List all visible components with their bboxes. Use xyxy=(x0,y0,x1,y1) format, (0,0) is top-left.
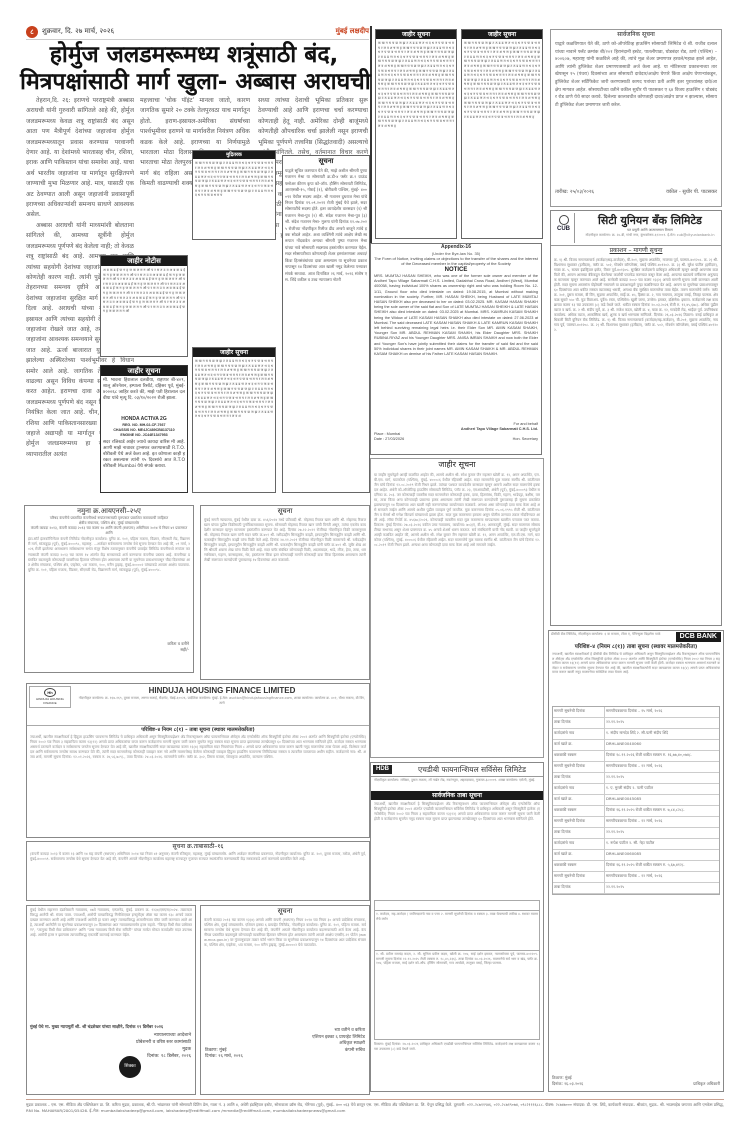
issue-date: शुक्रवार, दि. २७ मार्च, २०२६ xyxy=(42,27,114,36)
signatory: वकील - सुधीर पी. पाटसकर xyxy=(666,189,717,195)
notice-body: या जाहीर सूचनेद्वारे आम्ही कळवित आहोत की… xyxy=(371,471,543,753)
hinduja-housing-notice: Hh HINDUJA HOUSING FINANCE HINDUJA HOUSI… xyxy=(26,683,370,838)
hinduja-header: Hh HINDUJA HOUSING FINANCE HINDUJA HOUSI… xyxy=(27,684,369,726)
notice-body: (कंपनी कायदा २०१३ चे कलम १३ आणि १४ सह कं… xyxy=(27,851,369,899)
table-row: ताबा दिनांक२२.११.२०२५ xyxy=(553,718,719,729)
headline-line-2: मित्रपक्षांसाठी मार्ग खुला- अब्बास अराघच… xyxy=(20,69,368,96)
table-row: थकबाकी रक्कमदिनांक १६.११.२०२५ रोजी थकीत … xyxy=(553,806,719,817)
mca-footer: च्या वतीने व करिता एशियन इक्का ६ प्रायव्… xyxy=(201,1028,369,1048)
appendix-16-notice: Appendix-16 (Under the Bye-law No. 35) T… xyxy=(370,243,542,455)
suchana-title: सूचना xyxy=(283,156,369,166)
notice-body: क ख ग घ च छ ज झ ट ठ ड ढ ण त थ द ध न प फ … xyxy=(193,159,275,239)
cub-name: सिटी युनियन बँक लिमिटेड xyxy=(581,213,719,228)
table-cell-value: दिनांक १८.११.२०२६ रोजी थकीत रक्कम रु. १६… xyxy=(605,751,719,761)
table-cell-value: १. संदीप नामदेव शिंदे २. सौ.पत्नी संदीप … xyxy=(605,729,719,739)
cub-emblem-icon xyxy=(559,215,569,225)
vehicle-details: HONDA ACTIVA 2G REG. NO. MH-02-CF-7937 C… xyxy=(101,416,187,438)
table-cell-label: कर्ज खाते क्र. xyxy=(553,795,605,805)
hdb-table: १. कर्जदार, सह-कर्जदार / जामिनदारांचे ना… xyxy=(374,900,540,1040)
jahir-suchana-title: जाहीर सूचना xyxy=(462,30,542,39)
headline-line-1: होर्मुज जलडमरूमध्य शत्रूंसाठी बंद, xyxy=(20,42,368,69)
dcb-body: ज्याअर्थी, खालील स्वाक्षरीकर्ता हे डीसीब… xyxy=(549,651,723,706)
table-cell-value: दिनांक १६.११.२०२५ रोजी थकीत रक्कम रु. ७,… xyxy=(605,806,719,816)
table-cell-label: थकबाकी रक्कम xyxy=(553,806,605,816)
notice-body: क ख ग घ च छ ज झ ट ठ ड ढ ण त थ द ध न प फ … xyxy=(462,39,542,239)
hinduja-body: ज्याअर्थी, खालील स्वाक्षरीकर्ता हे हिंदु… xyxy=(27,734,369,834)
table-cell-label: कर्जदारांचे नाव xyxy=(553,729,605,739)
table-row: १. श्री. प्रवीण रामचंद्र कदम, २. सौ. सुन… xyxy=(375,951,539,1039)
notice-body: क ख ग घ च छ ज झ ट ठ ड ढ ण त थ द ध न प फ … xyxy=(193,357,275,491)
notice-body: मुंबई नागरी न्यायालय, मुंबई येथील दावा क… xyxy=(201,516,369,674)
table-cell-label: मागणी सूचनेची दिनांक xyxy=(553,872,605,882)
table-cell-value: DRHLANE0040060 xyxy=(605,740,719,750)
table-cell-label: कर्ज खाते क्र. xyxy=(553,740,605,750)
notice-body: याद्वारे कळविण्यात येते की, ठाणे को-ऑपरे… xyxy=(551,39,721,189)
suchana-center-notice: सूचना मुंबई नागरी न्यायालय, मुंबई येथील … xyxy=(200,505,370,680)
table-cell-value: मागणीपत्रकाचा दिनांक – १२ मार्च, २०२६ xyxy=(605,762,719,772)
suchana-tabya-notice: सूचना क्र.ताबासाठी–१६ (कंपनी कायदा २०१३ … xyxy=(26,841,370,901)
jahir-suchana-title: जाहीर सूचना xyxy=(193,348,275,357)
page-number-badge: ८ xyxy=(26,26,38,38)
namuna-body: इंटा-सॉर्ट इंटरकॉन्टिनेंटल कंपनी लिमिटेड… xyxy=(25,536,193,641)
cub-logo: CUB xyxy=(553,213,575,243)
headline: होर्मुज जलडमरूमध्य शत्रूंसाठी बंद, मित्र… xyxy=(20,42,368,96)
namuna-inc25a-notice: नमुना क्र.आयएनसी–२५ए परिषद कंपनीचे प्रस्… xyxy=(24,505,194,673)
hdb-financial-notice: HDB एचडीबी फायनान्शियल सर्विसेस लिमिटेड … xyxy=(370,762,544,1092)
cub-section-title: प्रकाशन – मागणी सूचना xyxy=(551,246,721,256)
jahir-suchana-title: जाहीर सूचना xyxy=(101,366,187,376)
table-row: मागणी सूचनेची दिनांकमागणीपत्रकाचा दिनांक… xyxy=(553,762,719,773)
jahir-suchana-col3-box: जाहीर सूचना क ख ग घ च छ ज झ ट ठ ड ढ ण त … xyxy=(192,347,276,493)
dcb-header: डीसीबी बँक लिमिटेड, नोंदणीकृत कार्यालय: … xyxy=(549,631,723,643)
table-cell-value: २२.११.२०२५ xyxy=(605,773,719,783)
table-row: मागणी सूचनेची दिनांकमागणीपत्रकाचा दिनांक… xyxy=(553,817,719,828)
table-cell-label: कर्जदारांचे नाव xyxy=(553,839,605,849)
hdb-logo: HDB xyxy=(373,765,392,774)
jahir-suchana-wide: जाहीर सूचना या जाहीर सूचनेद्वारे आम्ही क… xyxy=(370,458,544,758)
warrant-body: मुंबई येथील महानगर दंडाधिकारी न्यायालय, … xyxy=(27,906,195,1024)
dcb-table: मागणी सूचनेची दिनांकमागणीपत्रकाचा दिनांक… xyxy=(552,706,720,895)
court-seal-icon: शिक्का xyxy=(119,1056,141,1078)
table-row: कर्ज खाते क्र.DRHLANE0045085 xyxy=(553,795,719,806)
cub-address: नोंदणीकृत कार्यालय: क्र. २४-बी, गांधी नग… xyxy=(581,233,719,243)
table-cell-value: मागणीपत्रकाचा दिनांक – १५ मार्च, २०२६ xyxy=(605,707,719,717)
table-cell-value: DRHLANE0045085 xyxy=(605,795,719,805)
hinduja-address: नोंदणीकृत कार्यालय: क्र. १६७-१६९, दुसरा … xyxy=(77,696,367,724)
notice-body: मी. भावना हिरालाल दलवीया, राहणार बी-४०९,… xyxy=(101,376,187,416)
dcb-logo: DCB BANK xyxy=(676,632,721,642)
notice-heading: NOTICE xyxy=(371,266,541,274)
jahir-suchana-top-b: जाहीर सूचना क ख ग घ च छ ज झ ट ठ ड ढ ण त … xyxy=(461,29,543,239)
dcb-bank-notice: डीसीबी बँक लिमिटेड, नोंदणीकृत कार्यालय: … xyxy=(548,630,724,1092)
table-row: ताबा दिनांक२२.११.२०२५ xyxy=(553,883,719,894)
notice-body: अ ब क ड ई फ ग ह ज क ल म न ओ प र स त उ व … xyxy=(101,266,187,356)
hdb-header: HDB एचडीबी फायनान्शियल सर्विसेस लिमिटेड xyxy=(371,763,543,777)
hinduja-logo: Hh HINDUJA HOUSING FINANCE xyxy=(29,686,71,708)
warrant-footer: न्यायालयाच्या आदेशाने प्रोबेशनरी व वरिष्… xyxy=(27,1030,195,1062)
table-row: कर्ज खाते क्र.DRHLANE0060085 xyxy=(553,850,719,861)
notice-body: कंपनी कायदा २०१३ च्या कलम १३(४) अन्वये आ… xyxy=(201,916,369,1028)
table-cell-value: २२.११.२०२५ xyxy=(605,883,719,893)
table-cell-value: मागणीपत्रकाचा दिनांक – १२ मार्च, २०२६ xyxy=(605,872,719,882)
dcb-footer: ठिकाण: मुंबई दिनांक: २६.०३.२०२६ प्राधिकृ… xyxy=(549,1073,723,1089)
table-row: थकबाकी रक्कमदिनांक १८.११.२०२६ रोजी थकीत … xyxy=(553,751,719,762)
hinduja-subtitle: परिशिष्ट–४ नियम ८(१) – ताबा सूचना (स्थाव… xyxy=(27,726,369,734)
notice-date: तारीख: २५/०३/२०२६ xyxy=(555,189,594,195)
table-cell-value: २२.११.२०२५ xyxy=(605,718,719,728)
table-cell-label: थकबाकी रक्कम xyxy=(553,751,605,761)
notice-body: याद्वारे सूचित करण्यात येते की, माझे अशी… xyxy=(283,166,369,490)
hdb-body: ज्याअर्थी, खालील स्वाक्षरीकर्ता हे सिक्य… xyxy=(371,800,543,900)
dcb-subtitle: परिशिष्ट–४ (नियम ८(१)) ताबा सूचना (स्थाव… xyxy=(549,643,723,651)
jahir-notice-title: जाहीर नोटीस xyxy=(101,256,187,266)
appendix-date-row: Date : 27/03/2026 Hon. Secretary xyxy=(371,437,541,442)
table-cell-value: DRHLANE0060085 xyxy=(605,850,719,860)
table-cell-value: मागणीपत्रकाचा दिनांक – १२ मार्च, २०२६ xyxy=(605,817,719,827)
sarvajanik-title: सार्वजनिक सूचना xyxy=(551,30,721,39)
cub-header: CUB सिटी युनियन बँक लिमिटेड पत प्रसुती आ… xyxy=(551,211,721,246)
table-row: थकबाकी रक्कमदिनांक १६.११.२०२५ रोजी थकीत … xyxy=(553,861,719,872)
hinduja-name: HINDUJA HOUSING FINANCE LIMITED xyxy=(77,686,367,695)
jahir-suchana-title: जाहीर सूचना xyxy=(371,459,543,471)
table-row: कर्ज खाते क्र.DRHLANE0040060 xyxy=(553,740,719,751)
hdb-address: नोंदणीकृत कार्यालय: राधिका, दुसरा मजला, … xyxy=(371,777,543,791)
city-union-bank-notice: CUB सिटी युनियन बँक लिमिटेड पत प्रसुती आ… xyxy=(550,210,722,626)
table-row: मागणी सूचनेची दिनांकमागणीपत्रकाचा दिनांक… xyxy=(553,707,719,718)
table-row xyxy=(375,901,539,911)
dcb-sign: प्राधिकृत अधिकारी xyxy=(693,1081,720,1087)
table-cell-value: २२.११.२०२५ xyxy=(605,828,719,838)
mca-date-row: दिनांक: २६ मार्च, २०२६ xyxy=(201,1054,369,1061)
table-cell-label: मागणी सूचनेची दिनांक xyxy=(553,707,605,717)
appendix-title: Appendix-16 xyxy=(371,244,541,251)
table-cell-value: १. रूपेश पाटील २. सौ. नेहा पाटील xyxy=(605,839,719,849)
suchana-mca-notice: सूचना कंपनी कायदा २०१३ च्या कलम १३(४) अन… xyxy=(200,905,370,1095)
table-cell-label: थकबाकी रक्कम xyxy=(553,861,605,871)
table-row: कर्जदारांचे नाव१. ए. मुरली संदीप २. पत्न… xyxy=(553,784,719,795)
footer-rule xyxy=(26,1099,724,1100)
suchana-col4-box: सूचना याद्वारे सूचित करण्यात येते की, मा… xyxy=(282,155,370,493)
jahir-suchana-vehicle-box: जाहीर सूचना मी. भावना हिरालाल दलवीया, रा… xyxy=(100,365,188,493)
footer-imprint: मुद्रक प्रकाशक – एस. एस. मीडिया अँड पब्ल… xyxy=(26,1102,724,1114)
table-cell-label: ताबा दिनांक xyxy=(553,773,605,783)
table-row: मागणी सूचनेची दिनांकमागणीपत्रकाचा दिनांक… xyxy=(553,872,719,883)
hdb-section-title: सार्वजनिक ताबा सूचना xyxy=(371,791,543,800)
namuna-title: नमुना क्र.आयएनसी–२५ए xyxy=(25,506,193,516)
mudritrak-title: मुद्रितरक xyxy=(193,151,275,159)
table-row: कर्जदारांचे नाव१. रूपेश पाटील २. सौ. नेह… xyxy=(553,839,719,850)
table-cell-label: कर्जदारांचे नाव xyxy=(553,784,605,794)
sarvajanik-suchana-box: सार्वजनिक सूचना याद्वारे कळविण्यात येते … xyxy=(550,29,722,207)
hdb-footer: ठिकाण: मुंबई दिनांक: २७.०३.२०२६ प्राधिकृ… xyxy=(371,1040,543,1090)
suchana-title: सूचना xyxy=(201,906,369,916)
namuna-footer: करिता व वतीने सही/- xyxy=(25,641,193,653)
table-cell-label: कर्ज खाते क्र. xyxy=(553,850,605,860)
table-cell-label: ताबा दिनांक xyxy=(553,828,605,838)
table-row: कर्जदारांचे नाव१. संदीप नामदेव शिंदे २. … xyxy=(553,729,719,740)
table-cell-value: १. ए. मुरली संदीप २. पत्नी पाटील xyxy=(605,784,719,794)
table-cell-label: मागणी सूचनेची दिनांक xyxy=(553,817,605,827)
suchana-title: सूचना xyxy=(201,506,369,516)
table-cell-label: ताबा दिनांक xyxy=(553,883,605,893)
paper-name: मुंबई लक्षदीप xyxy=(336,27,369,36)
appendix-intro: The Form of Notice, inviting claims or o… xyxy=(371,256,541,266)
masthead: ८ शुक्रवार, दि. २७ मार्च, २०२६ मुंबई लक्… xyxy=(26,26,369,40)
jahir-suchana-title: जाहीर सूचना xyxy=(376,30,456,39)
column-rule xyxy=(370,26,372,251)
table-row: ताबा दिनांक२२.११.२०२५ xyxy=(553,828,719,839)
table-cell-label: मागणी सूचनेची दिनांक xyxy=(553,762,605,772)
notice-body: क ख ग घ च छ ज झ ट ठ ड ढ ण त थ द ध न प फ … xyxy=(376,39,456,239)
demand-notice-body: क्र. १) श्री. विजय नागराजाचार्य (कर्जदार… xyxy=(551,256,721,616)
jahir-notice-box: जाहीर नोटीस अ ब क ड ई फ ग ह ज क ल म न ओ … xyxy=(100,255,188,357)
table-cell-value: दिनांक १६.११.२०२५ रोजी थकीत रक्कम रु. ५,… xyxy=(605,861,719,871)
nyayalay-warrant-notice: मुंबई येथील महानगर दंडाधिकारी न्यायालय, … xyxy=(26,905,196,1095)
hdb-name: एचडीबी फायनान्शियल सर्विसेस लिमिटेड xyxy=(403,764,541,776)
table-cell-label: ताबा दिनांक xyxy=(553,718,605,728)
sarvajanik-footer: तारीख: २५/०३/२०२६ वकील - सुधीर पी. पाटसक… xyxy=(551,189,721,195)
dcb-date: दिनांक: २६.०३.२०२६ xyxy=(552,1081,583,1087)
table-row: १. कर्जदार, सह-कर्जदार / जामिनदारांचे ना… xyxy=(375,911,539,951)
appendix-body: MRS. MUMTAJ HASAN SHEIKH, who was one of… xyxy=(371,274,541,422)
appendix-sign: For and behalf Andheri Tapo Village Saba… xyxy=(371,422,541,432)
table-row: ताबा दिनांक२२.११.२०२५ xyxy=(553,773,719,784)
dcb-address: डीसीबी बँक लिमिटेड, नोंदणीकृत कार्यालय: … xyxy=(551,632,661,642)
jahir-suchana-top-a: जाहीर सूचना क ख ग घ च छ ज झ ट ठ ड ढ ण त … xyxy=(375,29,457,239)
notice-body: सदर रजिस्टर्ड आहेर ज्याचे कायदा वारिस मी… xyxy=(101,438,187,478)
mudritrak-box: मुद्रितरक क ख ग घ च छ ज झ ट ठ ड ढ ण त थ … xyxy=(192,150,276,240)
suchana-tabya-title: सूचना क्र.ताबासाठी–१६ xyxy=(27,842,369,851)
